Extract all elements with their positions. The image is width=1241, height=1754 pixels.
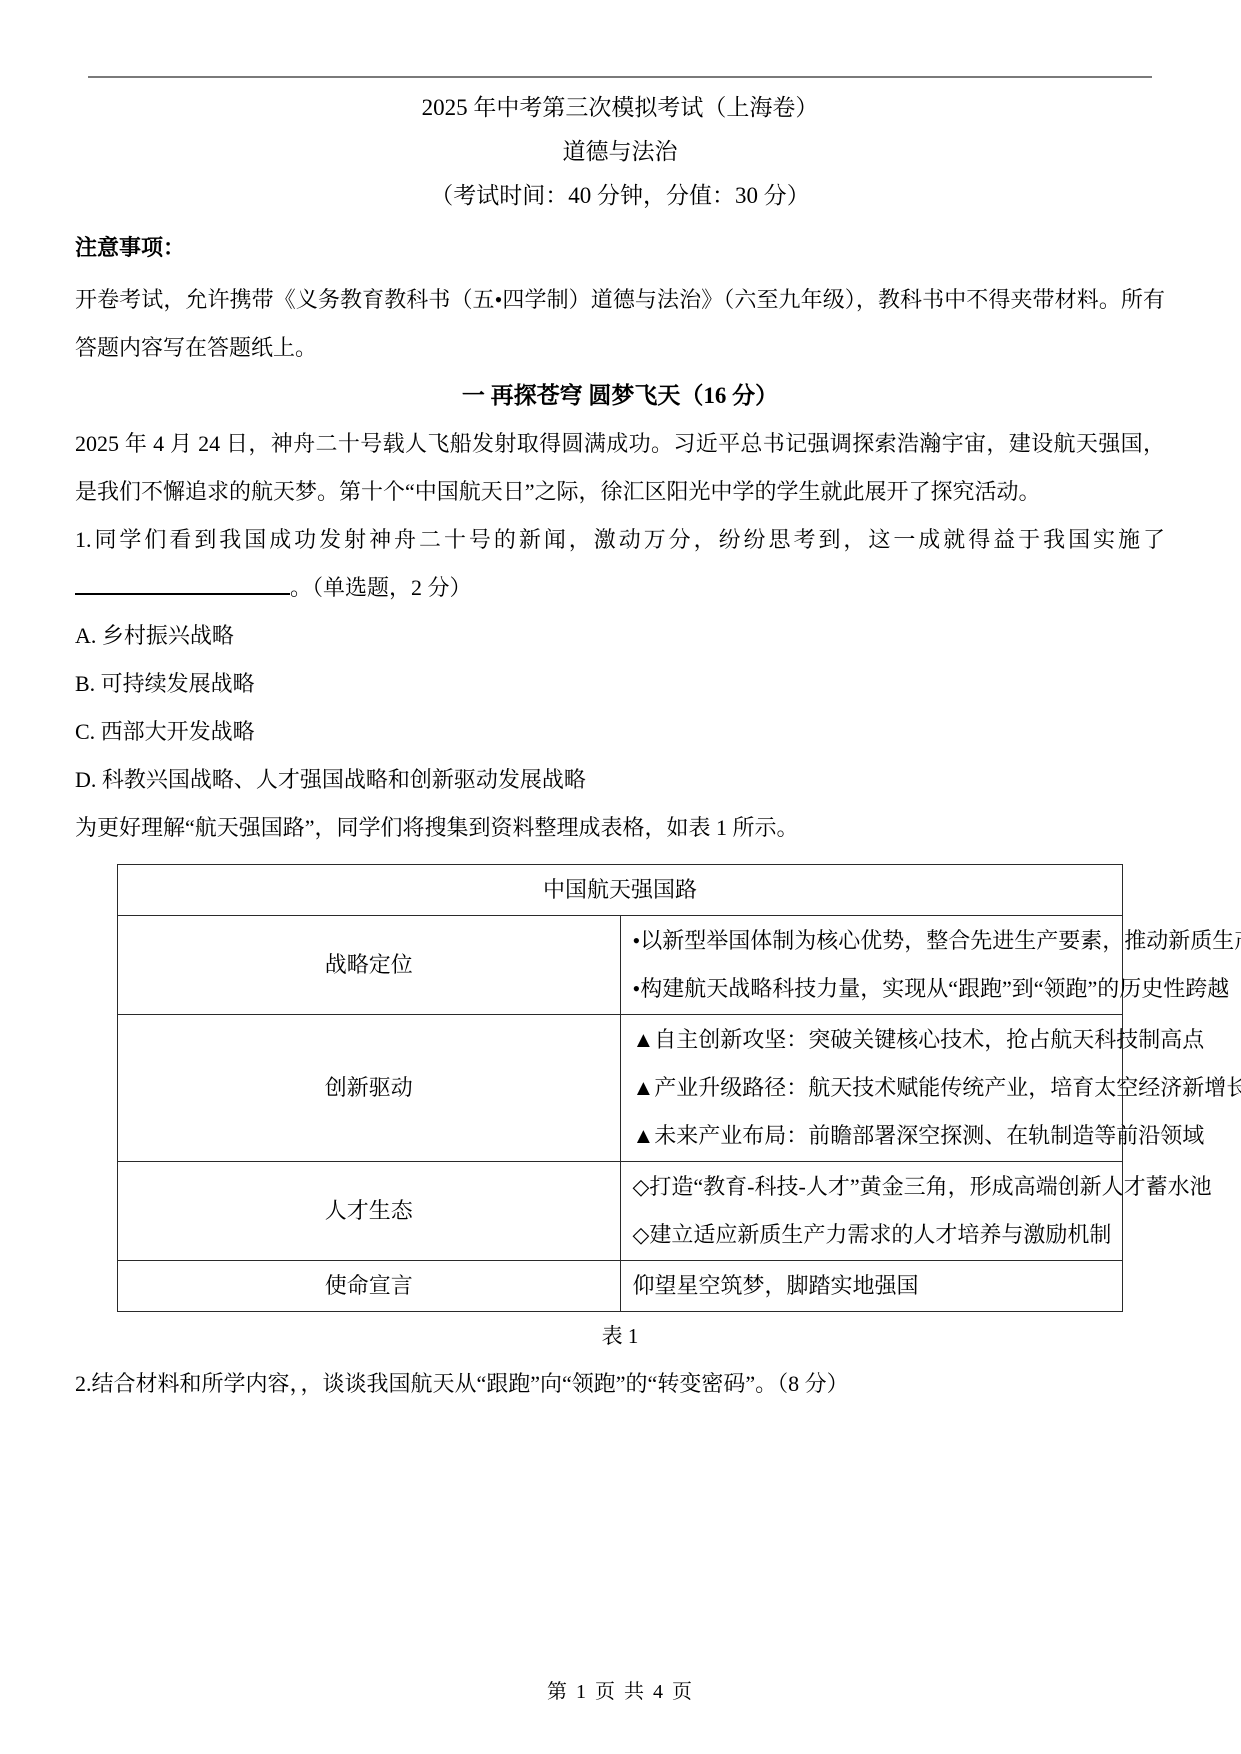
row-content: ▲自主创新攻坚：突破关键核心技术，抢占航天科技制高点 ▲产业升级路径：航天技术赋… [620, 1015, 1123, 1162]
doc-header: 2025 年中考第三次模拟考试（上海卷） 道德与法治 （考试时间：40 分钟，分… [75, 86, 1165, 218]
table-intro: 为更好理解“航天强国路”，同学们将搜集到资料整理成表格，如表 1 所示。 [75, 804, 1165, 852]
table-row: 使命宣言 仰望星空筑梦，脚踏实地强国 [118, 1261, 1123, 1312]
row-content: ◇打造“教育-科技-人才”黄金三角，形成高端创新人才蓄水池 ◇建立适应新质生产力… [620, 1162, 1123, 1261]
table-line: ◇建立适应新质生产力需求的人才培养与激励机制 [633, 1211, 1113, 1259]
table-line: ▲产业升级路径：航天技术赋能传统产业，培育太空经济新增长极 [633, 1064, 1113, 1112]
row-label: 创新驱动 [118, 1015, 621, 1162]
question-1: 1.同学们看到我国成功发射神舟二十号的新闻，激动万分，纷纷思考到，这一成就得益于… [75, 516, 1165, 612]
exam-title: 2025 年中考第三次模拟考试（上海卷） [75, 86, 1165, 130]
header-rule [88, 76, 1152, 78]
row-label: 人才生态 [118, 1162, 621, 1261]
q1-answer-blank [75, 573, 290, 595]
table-line: ▲自主创新攻坚：突破关键核心技术，抢占航天科技制高点 [633, 1016, 1113, 1064]
table-title: 中国航天强国路 [118, 865, 1123, 916]
table-line: 仰望星空筑梦，脚踏实地强国 [633, 1262, 1113, 1310]
table-row: 创新驱动 ▲自主创新攻坚：突破关键核心技术，抢占航天科技制高点 ▲产业升级路径：… [118, 1015, 1123, 1162]
question-2: 2.结合材料和所学内容，，谈谈我国航天从“跟跑”向“领跑”的“转变密码”。（8 … [75, 1360, 1165, 1408]
row-content: 仰望星空筑梦，脚踏实地强国 [620, 1261, 1123, 1312]
q1-stem-after: 。（单选题，2 分） [290, 575, 472, 600]
table-line: ▲未来产业布局：前瞻部署深空探测、在轨制造等前沿领域 [633, 1112, 1113, 1160]
section-1-intro: 2025 年 4 月 24 日，神舟二十号载人飞船发射取得圆满成功。习近平总书记… [75, 420, 1165, 516]
exam-info: （考试时间：40 分钟，分值：30 分） [75, 174, 1165, 218]
notice-label: 注意事项： [75, 224, 1165, 272]
q1-option-d: D. 科教兴国战略、人才强国战略和创新驱动发展战略 [75, 756, 1165, 804]
notice-section: 注意事项： 开卷考试，允许携带《义务教育教科书（五•四学制）道德与法治》（六至九… [75, 224, 1165, 372]
q1-stem-before: 1.同学们看到我国成功发射神舟二十号的新闻，激动万分，纷纷思考到，这一成就得益于… [75, 527, 1165, 552]
page-footer: 第 1 页 共 4 页 [0, 1668, 1241, 1716]
notice-text: 开卷考试，允许携带《义务教育教科书（五•四学制）道德与法治》（六至九年级），教科… [75, 276, 1165, 372]
row-label: 战略定位 [118, 916, 621, 1015]
table-1: 中国航天强国路 战略定位 •以新型举国体制为核心优势，整合先进生产要素，推动新质… [117, 864, 1123, 1312]
q1-option-c: C. 西部大开发战略 [75, 708, 1165, 756]
q1-option-a: A. 乡村振兴战略 [75, 612, 1165, 660]
q1-option-b: B. 可持续发展战略 [75, 660, 1165, 708]
table-line: ◇打造“教育-科技-人才”黄金三角，形成高端创新人才蓄水池 [633, 1163, 1113, 1211]
table-line: •构建航天战略科技力量，实现从“跟跑”到“领跑”的历史性跨越 [633, 965, 1113, 1013]
row-content: •以新型举国体制为核心优势，整合先进生产要素，推动新质生产力发展 •构建航天战略… [620, 916, 1123, 1015]
section-1-heading: 一 再探苍穹 圆梦飞天（16 分） [75, 372, 1165, 420]
table-title-row: 中国航天强国路 [118, 865, 1123, 916]
table-line: •以新型举国体制为核心优势，整合先进生产要素，推动新质生产力发展 [633, 917, 1113, 965]
table-caption: 表 1 [75, 1312, 1165, 1360]
exam-page: 2025 年中考第三次模拟考试（上海卷） 道德与法治 （考试时间：40 分钟，分… [0, 0, 1241, 1754]
exam-subject: 道德与法治 [75, 130, 1165, 174]
table-row: 人才生态 ◇打造“教育-科技-人才”黄金三角，形成高端创新人才蓄水池 ◇建立适应… [118, 1162, 1123, 1261]
row-label: 使命宣言 [118, 1261, 621, 1312]
table-row: 战略定位 •以新型举国体制为核心优势，整合先进生产要素，推动新质生产力发展 •构… [118, 916, 1123, 1015]
